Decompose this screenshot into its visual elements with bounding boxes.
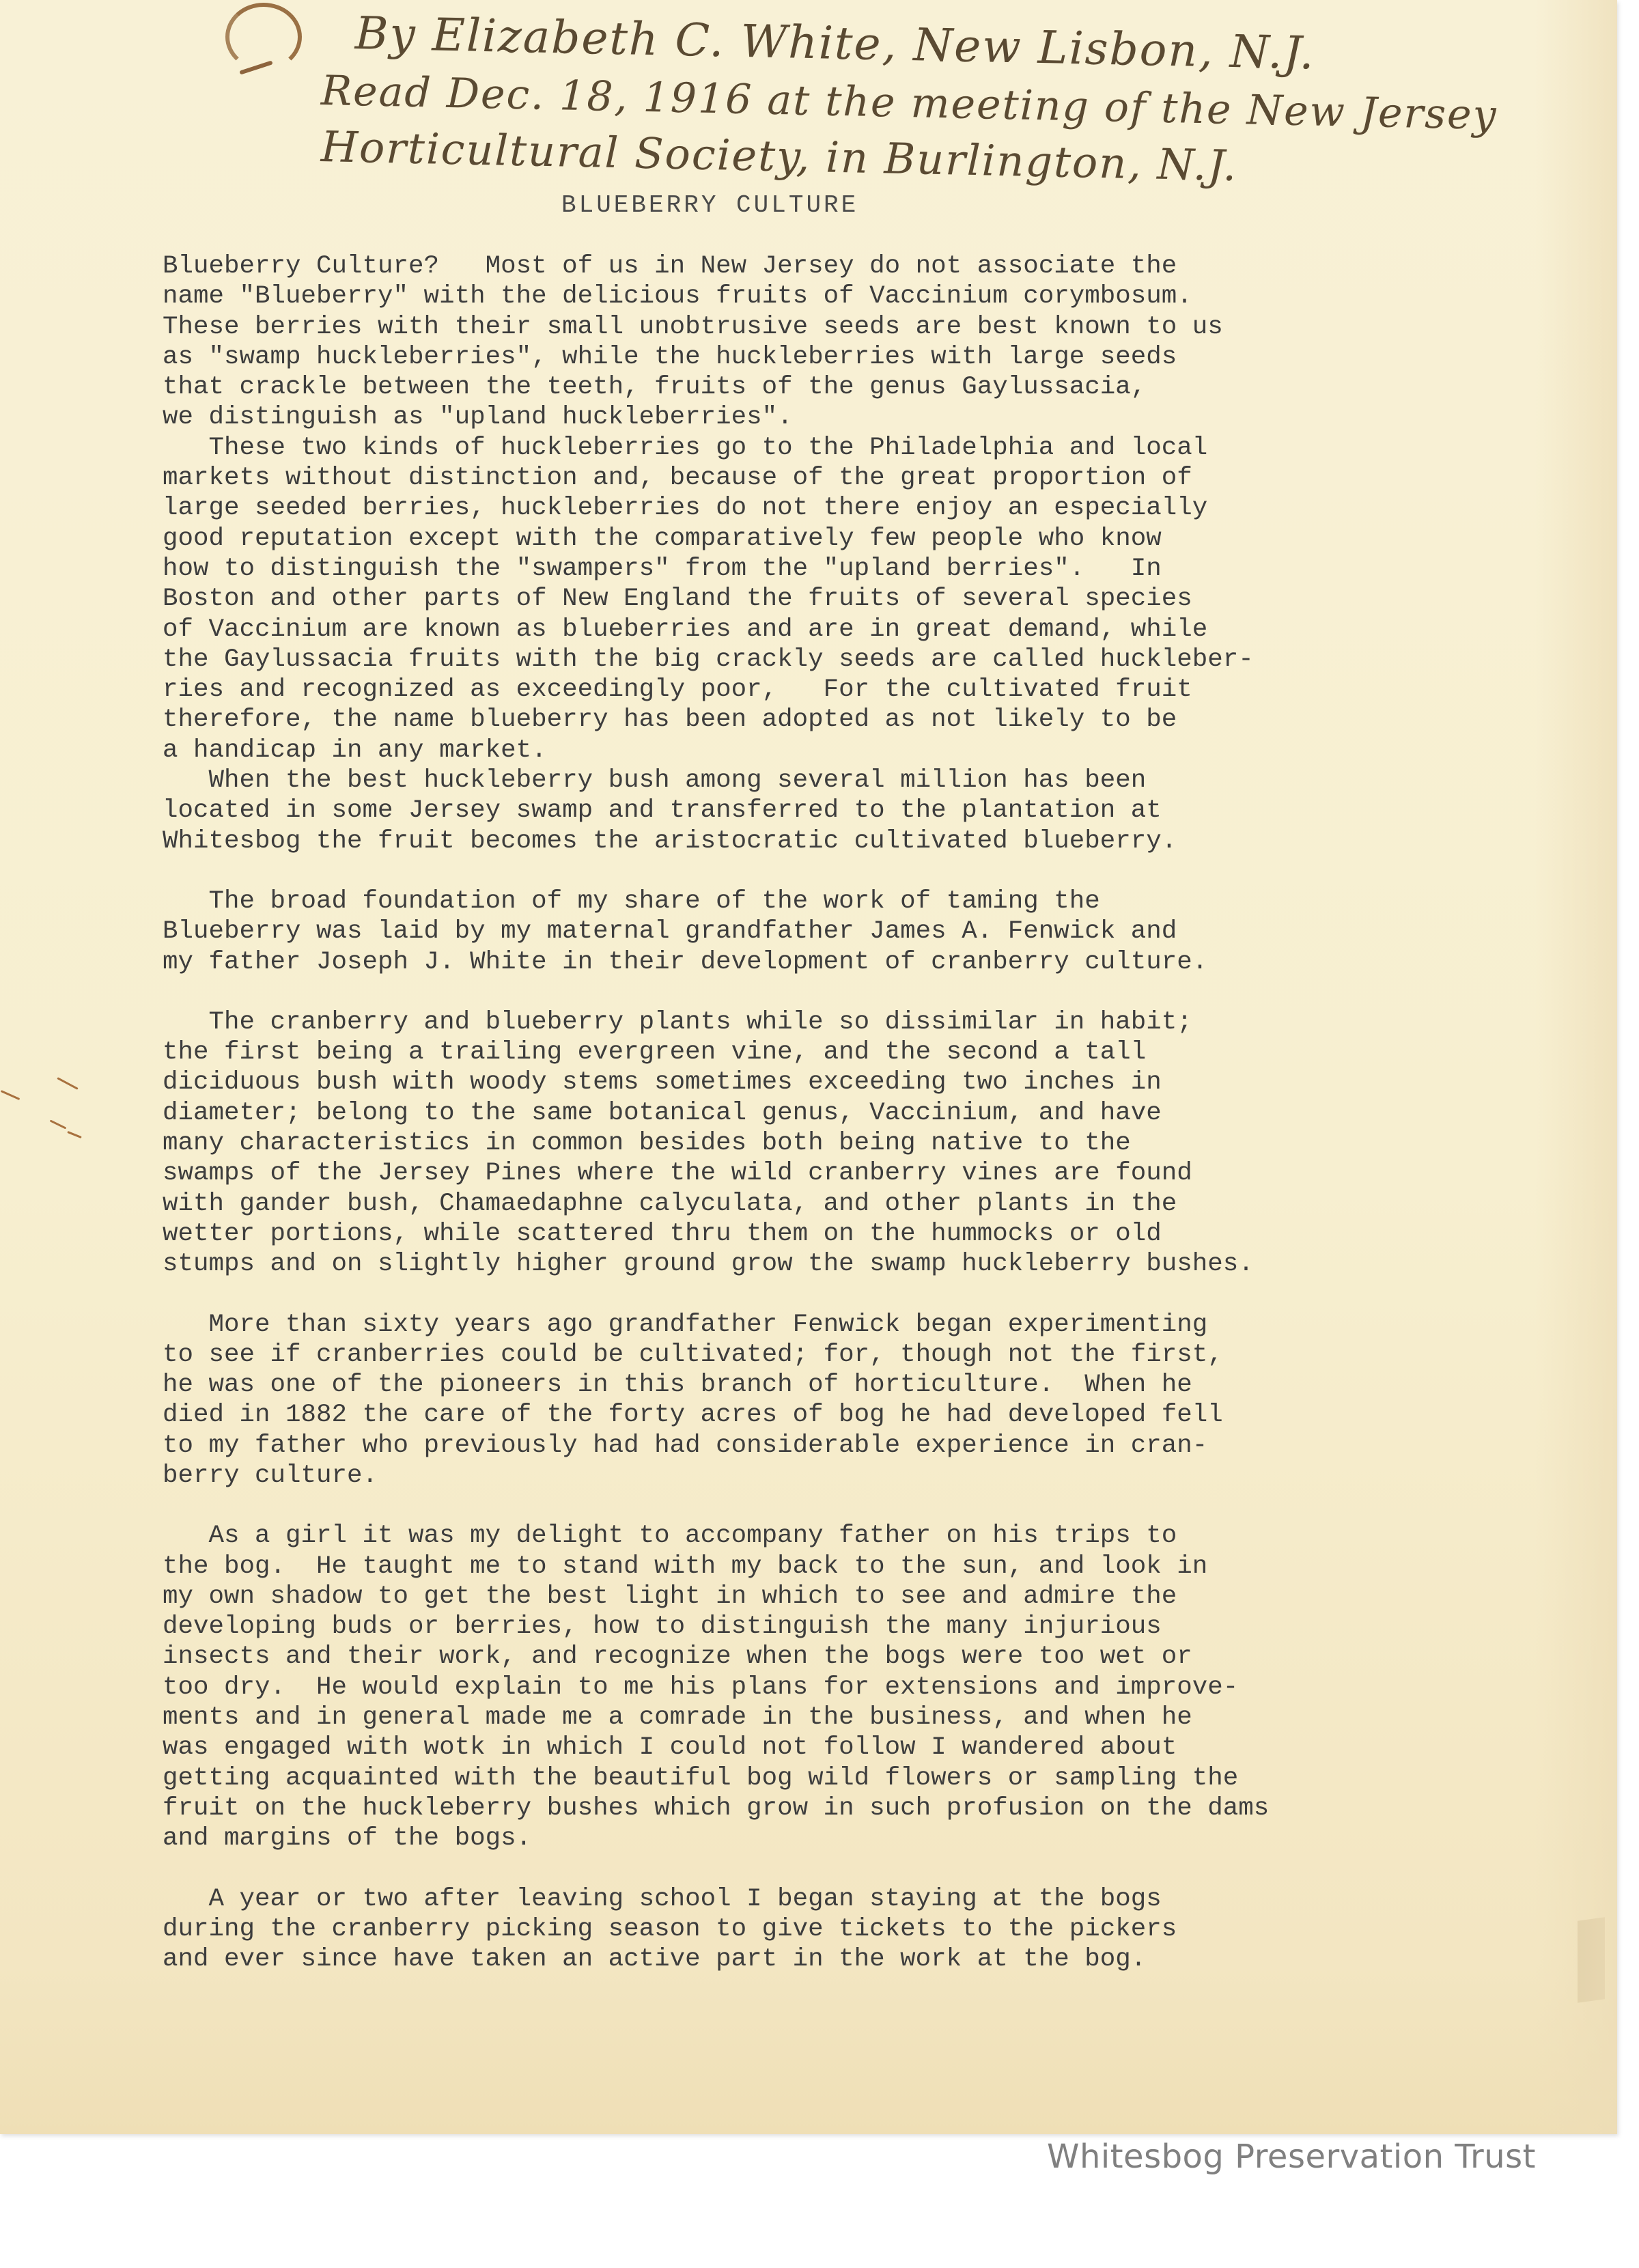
document-page: By Elizabeth C. White, New Lisbon, N.J. … bbox=[0, 0, 1617, 2134]
margin-pencil-mark bbox=[1, 1090, 20, 1100]
paragraph: These two kinds of huckleberries go to t… bbox=[163, 433, 1542, 766]
text-line: to see if cranberries could be cultivate… bbox=[163, 1340, 1542, 1370]
text-line: The broad foundation of my share of the … bbox=[163, 886, 1542, 916]
text-line: located in some Jersey swamp and transfe… bbox=[163, 796, 1542, 826]
text-line: fruit on the huckleberry bushes which gr… bbox=[163, 1793, 1542, 1823]
text-line: Blueberry was laid by my maternal grandf… bbox=[163, 916, 1542, 947]
text-line: A year or two after leaving school I beg… bbox=[163, 1884, 1542, 1914]
text-line: Whitesbog the fruit becomes the aristocr… bbox=[163, 826, 1542, 856]
text-line: a handicap in any market. bbox=[163, 736, 1542, 766]
text-line: therefore, the name blueberry has been a… bbox=[163, 705, 1542, 735]
text-line: These berries with their small unobtrusi… bbox=[163, 312, 1542, 342]
text-line: markets without distinction and, because… bbox=[163, 463, 1542, 493]
text-line: too dry. He would explain to me his plan… bbox=[163, 1672, 1542, 1703]
text-line: As a girl it was my delight to accompany… bbox=[163, 1521, 1542, 1551]
text-line: the first being a trailing evergreen vin… bbox=[163, 1037, 1542, 1067]
text-line: good reputation except with the comparat… bbox=[163, 524, 1542, 554]
ink-stain-ring bbox=[225, 3, 302, 71]
text-line: the bog. He taught me to stand with my b… bbox=[163, 1552, 1542, 1582]
paragraph: The cranberry and blueberry plants while… bbox=[163, 1007, 1542, 1280]
paragraph: More than sixty years ago grandfather Fe… bbox=[163, 1310, 1542, 1492]
text-line: swamps of the Jersey Pines where the wil… bbox=[163, 1158, 1542, 1188]
text-line: insects and their work, and recognize wh… bbox=[163, 1642, 1542, 1672]
margin-pencil-mark bbox=[50, 1119, 67, 1129]
paragraph: When the best huckleberry bush among sev… bbox=[163, 766, 1542, 856]
text-line: my father Joseph J. White in their devel… bbox=[163, 947, 1542, 977]
text-line: we distinguish as "upland huckleberries"… bbox=[163, 402, 1542, 432]
text-line: my own shadow to get the best light in w… bbox=[163, 1582, 1542, 1612]
text-line: was engaged with wotk in which I could n… bbox=[163, 1733, 1542, 1763]
text-line: and margins of the bogs. bbox=[163, 1823, 1542, 1853]
text-line: diameter; belong to the same botanical g… bbox=[163, 1098, 1542, 1128]
handwritten-author-line: By Elizabeth C. White, New Lisbon, N.J. bbox=[354, 7, 1315, 79]
text-line: developing buds or berries, how to disti… bbox=[163, 1612, 1542, 1642]
tape-strip bbox=[1578, 1917, 1605, 2003]
text-line: how to distinguish the "swampers" from t… bbox=[163, 554, 1542, 584]
paragraph: As a girl it was my delight to accompany… bbox=[163, 1521, 1542, 1853]
text-line: to my father who previously had had cons… bbox=[163, 1431, 1542, 1461]
text-line: the Gaylussacia fruits with the big crac… bbox=[163, 645, 1542, 675]
text-line: that crackle between the teeth, fruits o… bbox=[163, 372, 1542, 402]
handwritten-society-line: Horticultural Society, in Burlington, N.… bbox=[320, 122, 1238, 191]
text-line: during the cranberry picking season to g… bbox=[163, 1914, 1542, 1944]
text-line: he was one of the pioneers in this branc… bbox=[163, 1370, 1542, 1400]
text-line: These two kinds of huckleberries go to t… bbox=[163, 433, 1542, 463]
text-line: with gander bush, Chamaedaphne calyculat… bbox=[163, 1189, 1542, 1219]
document-body: Blueberry Culture? Most of us in New Jer… bbox=[163, 251, 1542, 1974]
paragraph: Blueberry Culture? Most of us in New Jer… bbox=[163, 251, 1542, 433]
text-line: diciduous bush with woody stems sometime… bbox=[163, 1067, 1542, 1097]
text-line: many characteristics in common besides b… bbox=[163, 1128, 1542, 1158]
text-line: wetter portions, while scattered thru th… bbox=[163, 1219, 1542, 1249]
text-line: More than sixty years ago grandfather Fe… bbox=[163, 1310, 1542, 1340]
text-line: died in 1882 the care of the forty acres… bbox=[163, 1400, 1542, 1430]
text-line: The cranberry and blueberry plants while… bbox=[163, 1007, 1542, 1037]
text-line: berry culture. bbox=[163, 1461, 1542, 1491]
text-line: ries and recognized as exceedingly poor,… bbox=[163, 675, 1542, 705]
text-line: as "swamp huckleberries", while the huck… bbox=[163, 342, 1542, 372]
text-line: ments and in general made me a comrade i… bbox=[163, 1703, 1542, 1733]
text-line: large seeded berries, huckleberries do n… bbox=[163, 493, 1542, 523]
text-line: stumps and on slightly higher ground gro… bbox=[163, 1249, 1542, 1279]
document-title: BLUEBERRY CULTURE bbox=[561, 191, 858, 219]
text-line: getting acquainted with the beautiful bo… bbox=[163, 1763, 1542, 1793]
paragraph: A year or two after leaving school I beg… bbox=[163, 1884, 1542, 1975]
text-line: of Vaccinium are known as blueberries an… bbox=[163, 615, 1542, 645]
text-line: name "Blueberry" with the delicious frui… bbox=[163, 281, 1542, 311]
paragraph: The broad foundation of my share of the … bbox=[163, 886, 1542, 977]
margin-pencil-mark bbox=[57, 1077, 78, 1090]
text-line: and ever since have taken an active part… bbox=[163, 1944, 1542, 1974]
margin-pencil-mark bbox=[67, 1131, 82, 1138]
text-line: Boston and other parts of New England th… bbox=[163, 584, 1542, 614]
text-line: When the best huckleberry bush among sev… bbox=[163, 766, 1542, 796]
watermark-credit: Whitesbog Preservation Trust bbox=[1047, 2138, 1536, 2176]
text-line: Blueberry Culture? Most of us in New Jer… bbox=[163, 251, 1542, 281]
